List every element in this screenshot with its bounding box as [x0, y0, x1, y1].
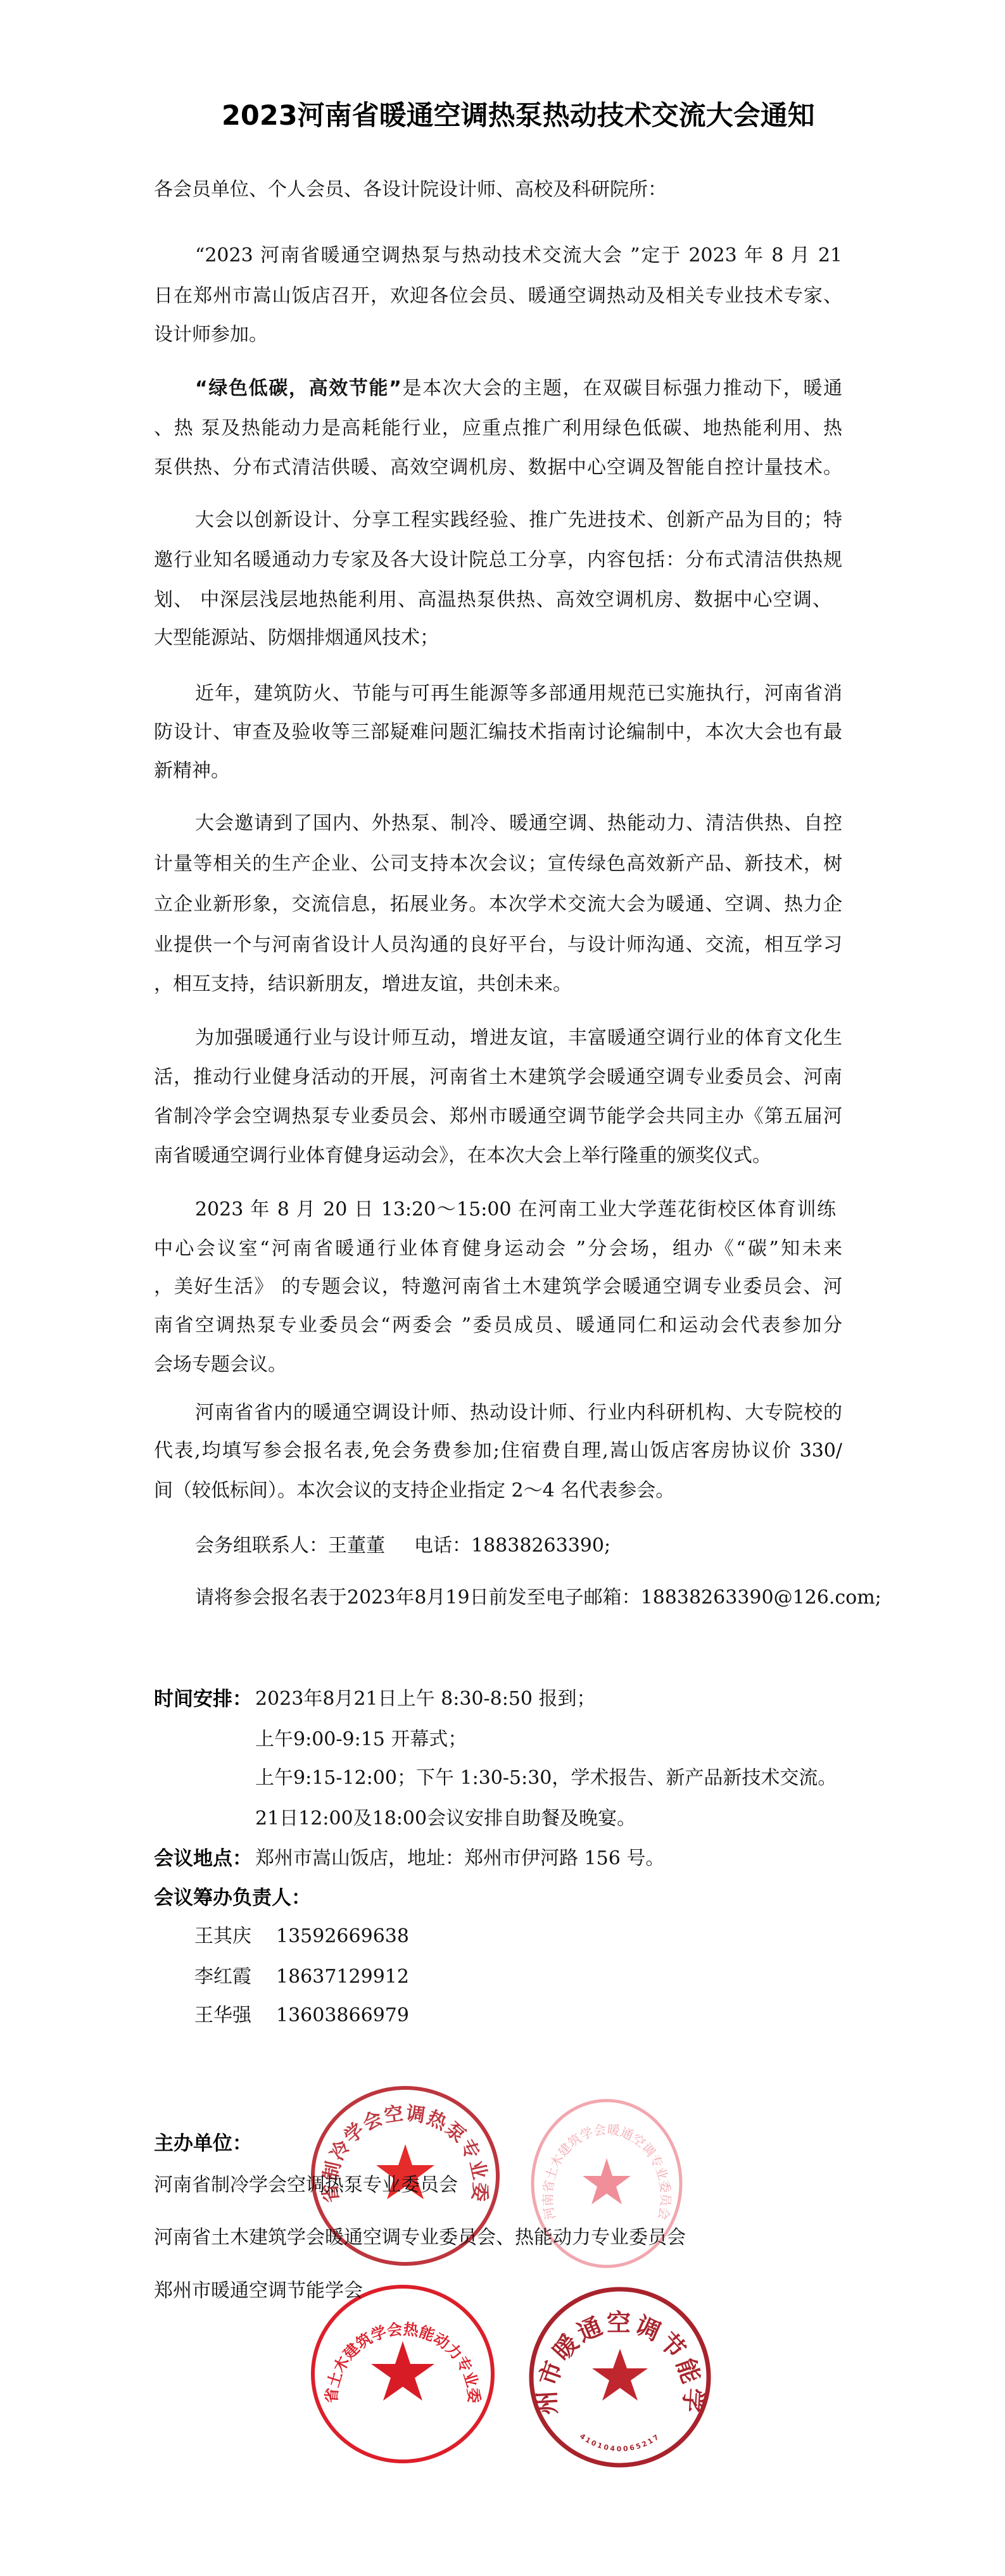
paragraph-line: 代表,均填写参会报名表,免会务费参加;住宿费自理,嵩山饭店客房协议价 330/	[154, 1438, 842, 1464]
schedule-item: 上午9:15-12:00；下午 1:30-5:30，学术报告、新产品新技术交流。	[255, 1766, 837, 1791]
registration-email[interactable]: 18838263390@126.com;	[641, 1586, 882, 1609]
paragraph-line: 活，推动行业健身活动的开展，河南省土木建筑学会暖通空调专业委员会、河南	[154, 1065, 842, 1090]
paragraph-line: 中心会议室“河南省暖通行业体育健身运动会 ”分会场，组办《“碳”知未来	[154, 1236, 842, 1262]
paragraph-line: 大型能源站、防烟排烟通风技术；	[154, 625, 439, 651]
paragraph-line: 南省空调热泵专业委员会“两委会 ”委员成员、暖通同仁和运动会代表参加分	[154, 1313, 842, 1338]
paragraph-line: 防设计、审查及验收等三部疑难问题汇编技术指南讨论编制中，本次大会也有最	[154, 720, 842, 745]
paragraph-line: 河南省省内的暖通空调设计师、热动设计师、行业内科研机构、大专院校的	[195, 1400, 842, 1426]
paragraph-line: 业提供一个与河南省设计人员沟通的良好平台，与设计师沟通、交流，相互学习	[154, 933, 842, 958]
organizer-name: 王其庆	[194, 1924, 251, 1949]
paragraph-line: 会场专题会议。	[154, 1352, 287, 1378]
paragraph-line: 间（较低标间）。本次会议的支持企业指定 2～4 名代表参会。	[154, 1478, 674, 1504]
document-title: 2023河南省暖通空调热泵热动技术交流大会通知	[222, 99, 812, 133]
schedule-item: 21日12:00及18:00会议安排自助餐及晚宴。	[255, 1806, 636, 1831]
contact-phone-label: 电话：	[414, 1535, 471, 1557]
schedule-item: 2023年8月21日上午 8:30-8:50 报到；	[255, 1687, 596, 1712]
seal-icon: 郑州市暖通空调节能学会 4101040065217	[528, 2285, 712, 2469]
paragraph-line: 2023 年 8 月 20 日 13:20～15:00 在河南工业大学莲花街校区…	[195, 1197, 836, 1222]
paragraph-line: 划、 中深层浅层地热能利用、高温热泵供热、高效空调机房、数据中心空调、	[154, 587, 831, 613]
paragraph-line: 为加强暖通行业与设计师互动，增进友谊，丰富暖通空调行业的体育文化生	[195, 1026, 842, 1051]
organizer-name: 李红霞	[194, 1964, 251, 1990]
svg-text:郑州市暖通空调节能学会: 郑州市暖通空调节能学会	[528, 2285, 707, 2416]
paragraph-line: “绿色低碳，高效节能”是本次大会的主题，在双碳目标强力推动下，暖通	[195, 376, 842, 401]
paragraph-line: 泵供热、分布式清洁供暖、高效空调机房、数据中心空调及智能自控计量技术。	[154, 455, 842, 481]
schedule-label: 时间安排：	[154, 1687, 252, 1712]
seal-zhengzhou-hvac-society: 郑州市暖通空调节能学会 4101040065217	[528, 2285, 712, 2469]
organizer-phone: 13592669638	[276, 1924, 409, 1949]
host-item: 河南省土木建筑学会暖通空调专业委员会、热能动力专业委员会	[154, 2225, 686, 2251]
paragraph-line: 设计师参加。	[154, 322, 268, 348]
contact-label: 会务组联系人：	[195, 1535, 328, 1557]
registration-line: 请将参会报名表于2023年8月19日前发至电子邮箱：18838263390@12…	[195, 1585, 840, 1611]
paragraph-line: 计量等相关的生产企业、公司支持本次会议；宣传绿色高效新产品、新技术，树	[154, 851, 842, 877]
paragraph-line: ，相互支持，结识新朋友，增进友谊，共创未来。	[154, 972, 572, 997]
contact-phone: 18838263390;	[471, 1535, 610, 1557]
organizers-label: 会议筹办负责人：	[154, 1885, 311, 1911]
venue-label: 会议地点：	[154, 1846, 252, 1871]
organizer-phone: 18637129912	[276, 1964, 409, 1990]
host-item: 河南省制冷学会空调热泵专业委员会	[154, 2173, 458, 2198]
svg-text:4101040065217: 4101040065217	[578, 2432, 662, 2453]
paragraph-line: 南省暖通空调行业体育健身运动会》，在本次大会上举行隆重的颁奖仪式。	[154, 1143, 771, 1169]
contact-line: 会务组联系人：王董董电话：18838263390;	[195, 1533, 610, 1559]
paragraph-line: “2023 河南省暖通空调热泵与热动技术交流大会 ”定于 2023 年 8 月 …	[195, 243, 842, 268]
seal-icon: 河南省土木建筑学会热能动力专业委员会	[309, 2283, 496, 2465]
paragraph-line: 省制冷学会空调热泵专业委员会、郑州市暖通空调节能学会共同主办《第五届河	[154, 1104, 842, 1129]
hosts-label: 主办单位：	[154, 2131, 252, 2156]
paragraph-line: 、热 泵及热能动力是高耗能行业，应重点推广利用绿色低碳、地热能利用、热	[154, 416, 842, 441]
schedule-item: 上午9:00-9:15 开幕式；	[255, 1727, 467, 1752]
paragraph-line: 邀行业知名暖通动力专家及各大设计院总工分享，内容包括：分布式清洁供热规	[154, 548, 842, 573]
paragraph-line: 大会邀请到了国内、外热泵、制冷、暖通空调、热能动力、清洁供热、自控	[195, 811, 842, 836]
paragraph-line: 大会以创新设计、分享工程实践经验、推广先进技术、创新产品为目的；特	[195, 508, 842, 533]
notice-page: 2023河南省暖通空调热泵热动技术交流大会通知 各会员单位、个人会员、各设计院设…	[0, 0, 1005, 2576]
paragraph-line: 立企业新形象，交流信息，拓展业务。本次学术交流大会为暖通、空调、热力企	[154, 892, 842, 917]
registration-text: 请将参会报名表于2023年8月19日前发至电子邮箱：	[195, 1586, 641, 1609]
seal-civil-architecture-thermal-committee: 河南省土木建筑学会热能动力专业委员会	[309, 2283, 496, 2465]
organizer-name: 王华强	[194, 2003, 251, 2028]
paragraph-line: 近年，建筑防火、节能与可再生能源等多部通用规范已实施执行，河南省消	[195, 681, 842, 707]
paragraph-line: 日在郑州市嵩山饭店召开，欢迎各位会员、暖通空调热动及相关专业技术专家、	[154, 284, 842, 309]
salutation: 各会员单位、个人会员、各设计院设计师、高校及科研院所：	[154, 177, 667, 203]
theme-emphasis: “绿色低碳，高效节能”	[195, 377, 401, 399]
host-item: 郑州市暖通空调节能学会	[154, 2278, 363, 2304]
paragraph-line: ，美好生活》 的专题会议，特邀河南省土木建筑学会暖通空调专业委员会、河	[154, 1274, 842, 1300]
paragraph-line: 新精神。	[154, 758, 230, 784]
organizer-phone: 13603866979	[276, 2003, 409, 2028]
contact-name: 王董董	[328, 1535, 385, 1557]
paragraph-text: 是本次大会的主题，在双碳目标强力推动下，暖通	[401, 377, 842, 399]
venue-value: 郑州市嵩山饭店，地址：郑州市伊河路 156 号。	[255, 1846, 664, 1871]
